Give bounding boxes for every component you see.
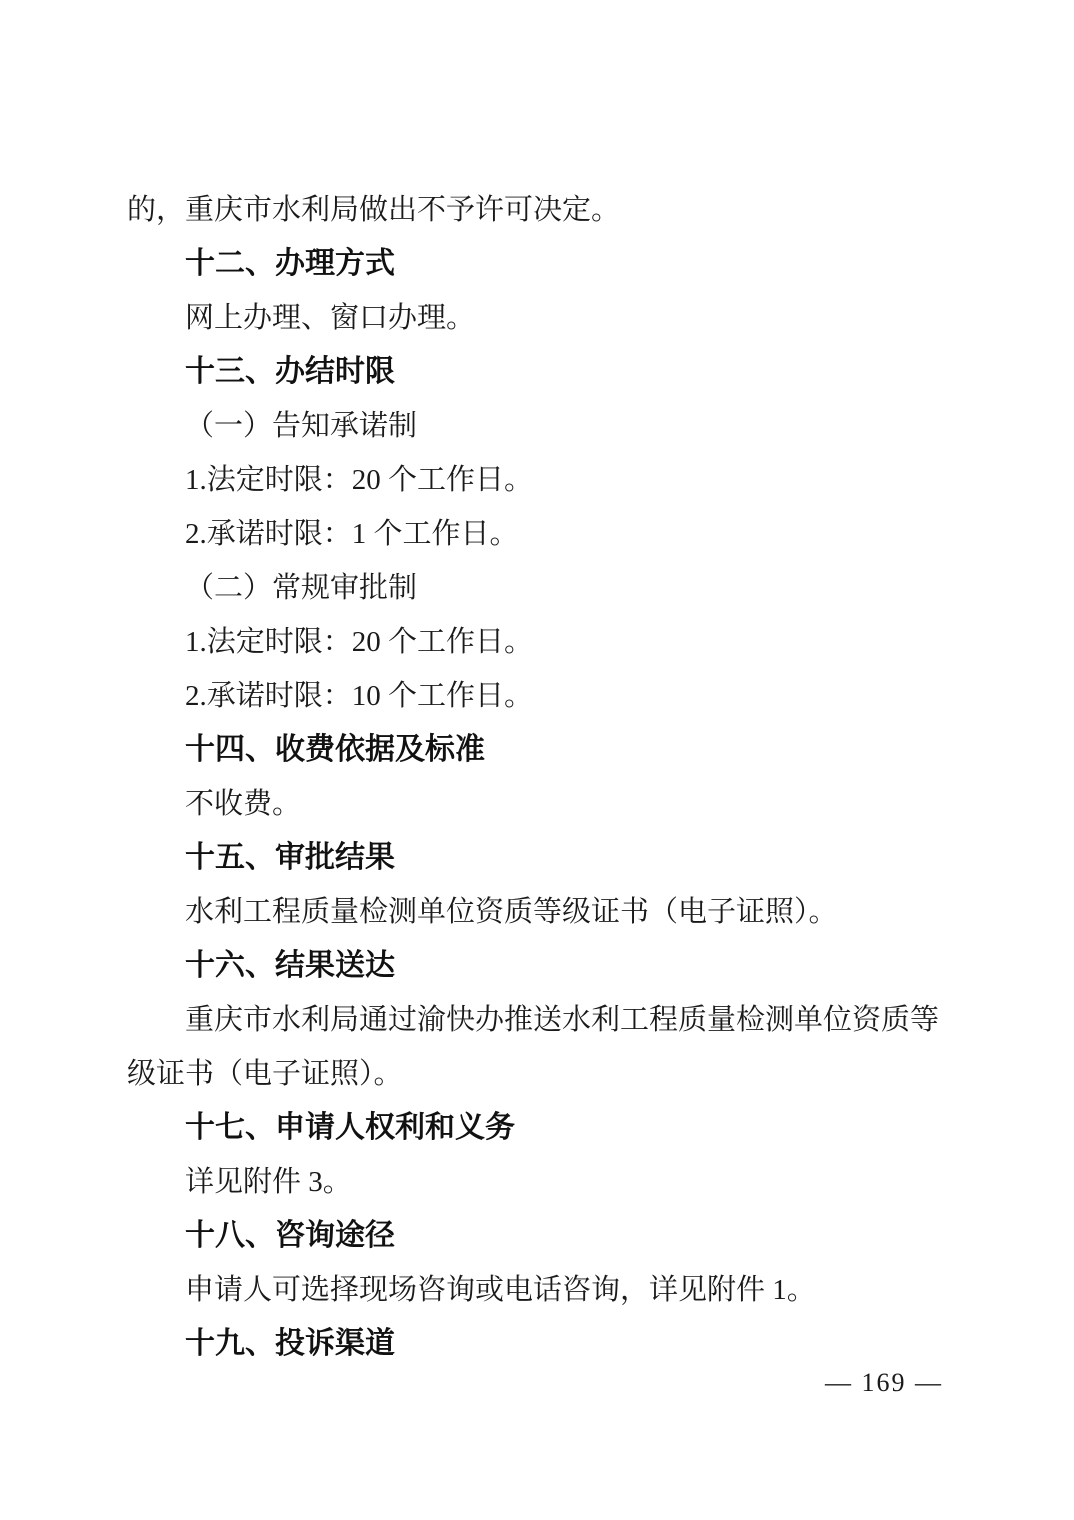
paragraph: 1.法定时限：20 个工作日。 (127, 453, 945, 507)
section-heading-12: 十二、办理方式 (127, 237, 945, 291)
paragraph: （一）告知承诺制 (127, 399, 945, 453)
paragraph-continuation: 的，重庆市水利局做出不予许可决定。 (127, 183, 945, 237)
paragraph: 水利工程质量检测单位资质等级证书（电子证照）。 (127, 885, 945, 939)
page-number: — 169 — (825, 1368, 943, 1398)
section-heading-18: 十八、咨询途径 (127, 1209, 945, 1263)
paragraph: 详见附件 3。 (127, 1155, 945, 1209)
document-page: 的，重庆市水利局做出不予许可决定。 十二、办理方式 网上办理、窗口办理。 十三、… (0, 0, 1074, 1520)
paragraph: （二）常规审批制 (127, 561, 945, 615)
section-heading-19: 十九、投诉渠道 (127, 1317, 945, 1371)
paragraph: 1.法定时限：20 个工作日。 (127, 615, 945, 669)
document-body: 的，重庆市水利局做出不予许可决定。 十二、办理方式 网上办理、窗口办理。 十三、… (127, 183, 945, 1371)
paragraph: 网上办理、窗口办理。 (127, 291, 945, 345)
section-heading-15: 十五、审批结果 (127, 831, 945, 885)
paragraph: 不收费。 (127, 777, 945, 831)
paragraph: 2.承诺时限：10 个工作日。 (127, 669, 945, 723)
paragraph: 2.承诺时限：1 个工作日。 (127, 507, 945, 561)
section-heading-16: 十六、结果送达 (127, 939, 945, 993)
paragraph: 重庆市水利局通过渝快办推送水利工程质量检测单位资质等 (127, 993, 945, 1047)
paragraph: 申请人可选择现场咨询或电话咨询，详见附件 1。 (127, 1263, 945, 1317)
section-heading-14: 十四、收费依据及标准 (127, 723, 945, 777)
section-heading-17: 十七、申请人权利和义务 (127, 1101, 945, 1155)
paragraph-continuation: 级证书（电子证照）。 (127, 1047, 945, 1101)
section-heading-13: 十三、办结时限 (127, 345, 945, 399)
